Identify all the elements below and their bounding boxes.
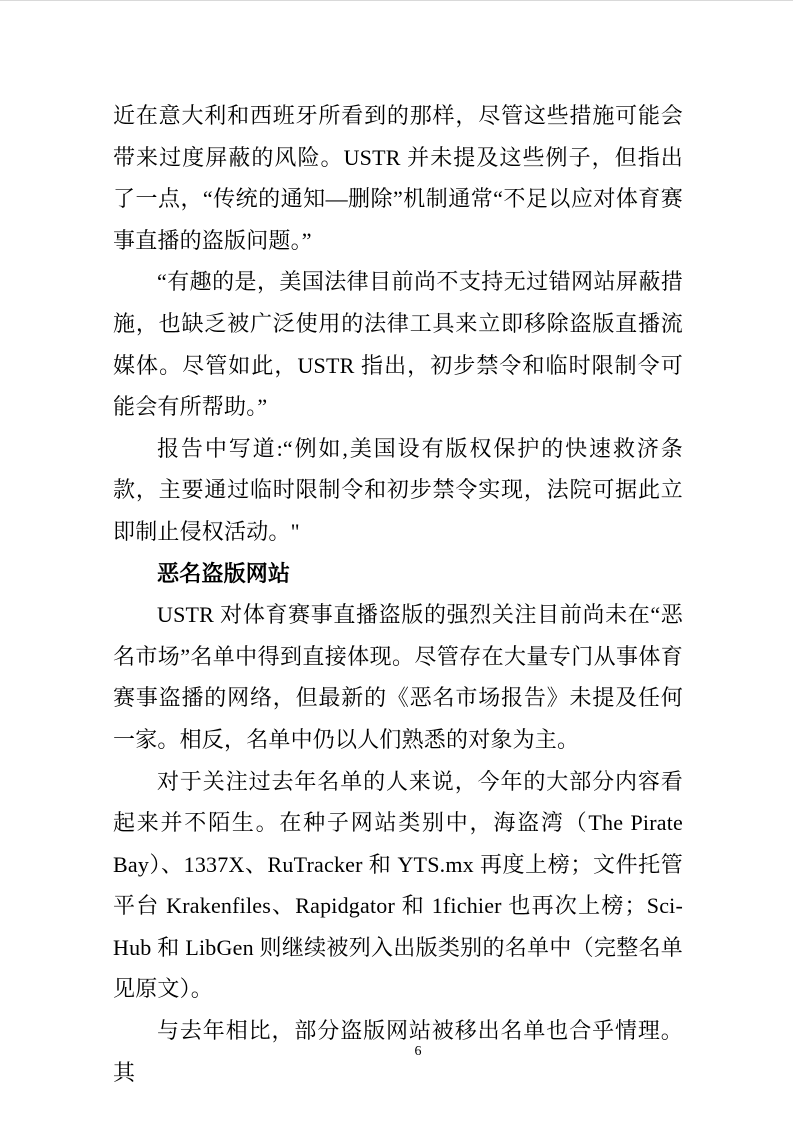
- body-paragraph: 报告中写道:“例如,美国设有版权保护的快速救济条款，主要通过临时限制令和初步禁令…: [113, 428, 683, 553]
- body-paragraph: “有趣的是，美国法律目前尚不支持无过错网站屏蔽措施，也缺乏被广泛使用的法律工具来…: [113, 261, 683, 427]
- document-page: 近在意大利和西班牙所看到的那样，尽管这些措施可能会带来过度屏蔽的风险。USTR …: [0, 0, 793, 1122]
- section-heading: 恶名盗版网站: [113, 553, 683, 595]
- body-paragraph: USTR 对体育赛事直播盗版的强烈关注目前尚未在“恶名市场”名单中得到直接体现。…: [113, 594, 683, 760]
- page-number: 6: [398, 1042, 438, 1062]
- document-body: 近在意大利和西班牙所看到的那样，尽管这些措施可能会带来过度屏蔽的风险。USTR …: [113, 95, 683, 1093]
- body-paragraph: 近在意大利和西班牙所看到的那样，尽管这些措施可能会带来过度屏蔽的风险。USTR …: [113, 95, 683, 261]
- body-paragraph: 对于关注过去年名单的人来说，今年的大部分内容看起来并不陌生。在种子网站类别中，海…: [113, 761, 683, 1011]
